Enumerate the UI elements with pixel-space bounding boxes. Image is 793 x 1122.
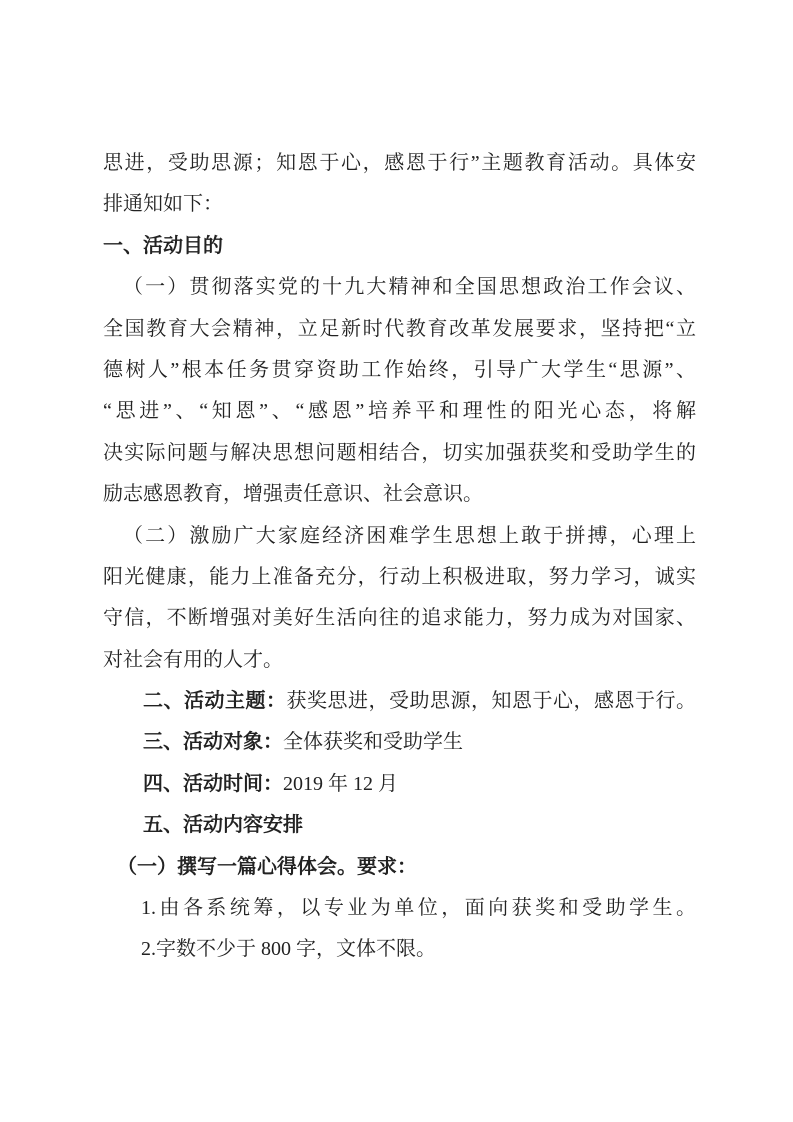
purpose-paragraph-line: 决实际问题与解决思想问题相结合，切实加强获奖和受助学生的 (103, 433, 696, 474)
heading-activity-content: 五、活动内容安排 (103, 805, 696, 846)
requirement-item-2: 2.字数不少于 800 字，文体不限。 (103, 929, 696, 970)
requirement-item-1: 1.由各系统筹，以专业为单位，面向获奖和受助学生。 (103, 888, 696, 929)
subheading-essay-requirements: （一）撰写一篇心得体会。要求： (103, 847, 696, 888)
heading-activity-purpose: 一、活动目的 (103, 226, 696, 267)
intro-paragraph-line: 思进，受助思源；知恩于心，感恩于行”主题教育活动。具体安 (103, 143, 696, 184)
purpose-paragraph-line: 守信，不断增强对美好生活向往的追求能力，努力成为对国家、 (103, 598, 696, 639)
purpose-paragraph-line: 对社会有用的人才。 (103, 640, 696, 681)
purpose-paragraph-line: 德树人”根本任务贯穿资助工作始终，引导广大学生“思源”、 (103, 350, 696, 391)
heading-activity-theme: 二、活动主题：获奖思进，受助思源，知恩于心，感恩于行。 (103, 681, 696, 722)
heading-activity-time: 四、活动时间：2019 年 12 月 (103, 764, 696, 805)
intro-paragraph-line: 排通知如下： (103, 184, 696, 225)
purpose-paragraph-line: “思进”、“知恩”、“感恩”培养平和理性的阳光心态，将解 (103, 391, 696, 432)
heading-activity-target: 三、活动对象：全体获奖和受助学生 (103, 722, 696, 763)
purpose-paragraph-line: 励志感恩教育，增强责任意识、社会意识。 (103, 474, 696, 515)
purpose-paragraph-line: 全国教育大会精神，立足新时代教育改革发展要求，坚持把“立 (103, 309, 696, 350)
document-body: 思进，受助思源；知恩于心，感恩于行”主题教育活动。具体安 排通知如下： 一、活动… (103, 143, 696, 971)
purpose-paragraph-line: 阳光健康，能力上准备充分，行动上积极进取，努力学习，诚实 (103, 557, 696, 598)
document-page: 思进，受助思源；知恩于心，感恩于行”主题教育活动。具体安 排通知如下： 一、活动… (0, 0, 793, 1122)
purpose-paragraph-line: （一）贯彻落实党的十九大精神和全国思想政治工作会议、 (103, 267, 696, 308)
purpose-paragraph-line: （二）激励广大家庭经济困难学生思想上敢于拼搏，心理上 (103, 516, 696, 557)
